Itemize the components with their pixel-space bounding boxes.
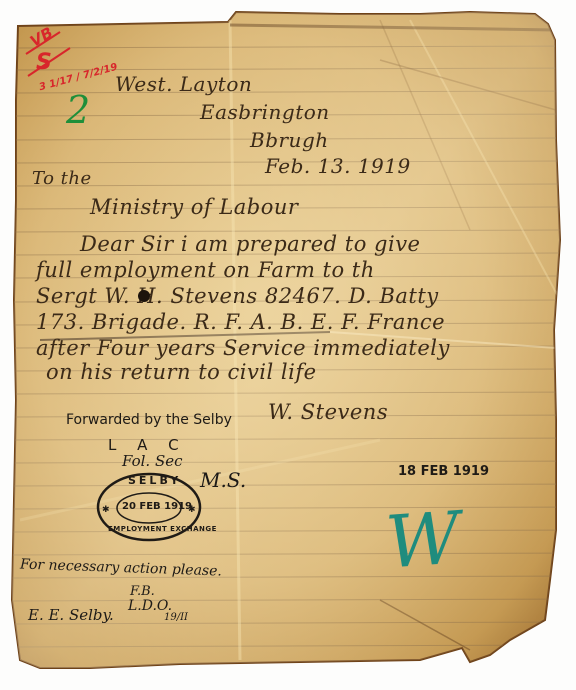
ink-blot (138, 290, 150, 302)
body-line-2: full employment on Farm to th (36, 258, 375, 282)
footer-place: E. E. Selby. (28, 606, 114, 624)
address-line-1: West. Layton (115, 72, 252, 96)
body-line-1: Dear Sir i am prepared to give (80, 232, 420, 256)
body-line-5: after Four years Service immediately (36, 336, 450, 360)
red-annotation-strokes (24, 24, 74, 94)
signature: W. Stevens (268, 400, 388, 424)
address-line-2: Easbrington (200, 100, 330, 124)
handwritten-fol-sec: Fol. Sec (122, 452, 183, 470)
footer-initials-1: F.B. (130, 584, 155, 599)
forwarded-stamp-line-1: Forwarded by the Selby (66, 412, 232, 428)
green-annotation-2: 2 (66, 88, 90, 132)
footer-date: 19/II (164, 612, 188, 623)
body-line-4: 173. Brigade. R. F. A. B. E. F. France (36, 310, 445, 334)
handwritten-initials-ms: M.S. (200, 468, 246, 492)
svg-text:✱: ✱ (102, 504, 110, 514)
letter-page: VB S 3 1/17 / 7/2/19 2 West. Layton Easb… (0, 0, 576, 690)
body-line-6: on his return to civil life (46, 360, 317, 384)
letter-date: Feb. 13. 1919 (265, 154, 411, 178)
recipient-line-1: To the (32, 168, 92, 189)
oval-stamp-date: 20 FEB 1919 (122, 501, 192, 512)
address-line-3: Bbrugh (250, 128, 329, 152)
oval-stamp-top-text: SELBY (128, 474, 181, 487)
employment-exchange-stamp: ✱ ✱ SELBY 20 FEB 1919 EMPLOYMENT EXCHANG… (96, 472, 202, 542)
received-date-stamp: 18 FEB 1919 (398, 464, 489, 479)
body-line-3: Sergt W. H. Stevens 82467. D. Batty (36, 284, 439, 308)
recipient-line-2: Ministry of Labour (90, 195, 298, 219)
oval-stamp-bottom-text: EMPLOYMENT EXCHANGE (108, 525, 217, 533)
teal-annotation-w: W (383, 496, 463, 585)
